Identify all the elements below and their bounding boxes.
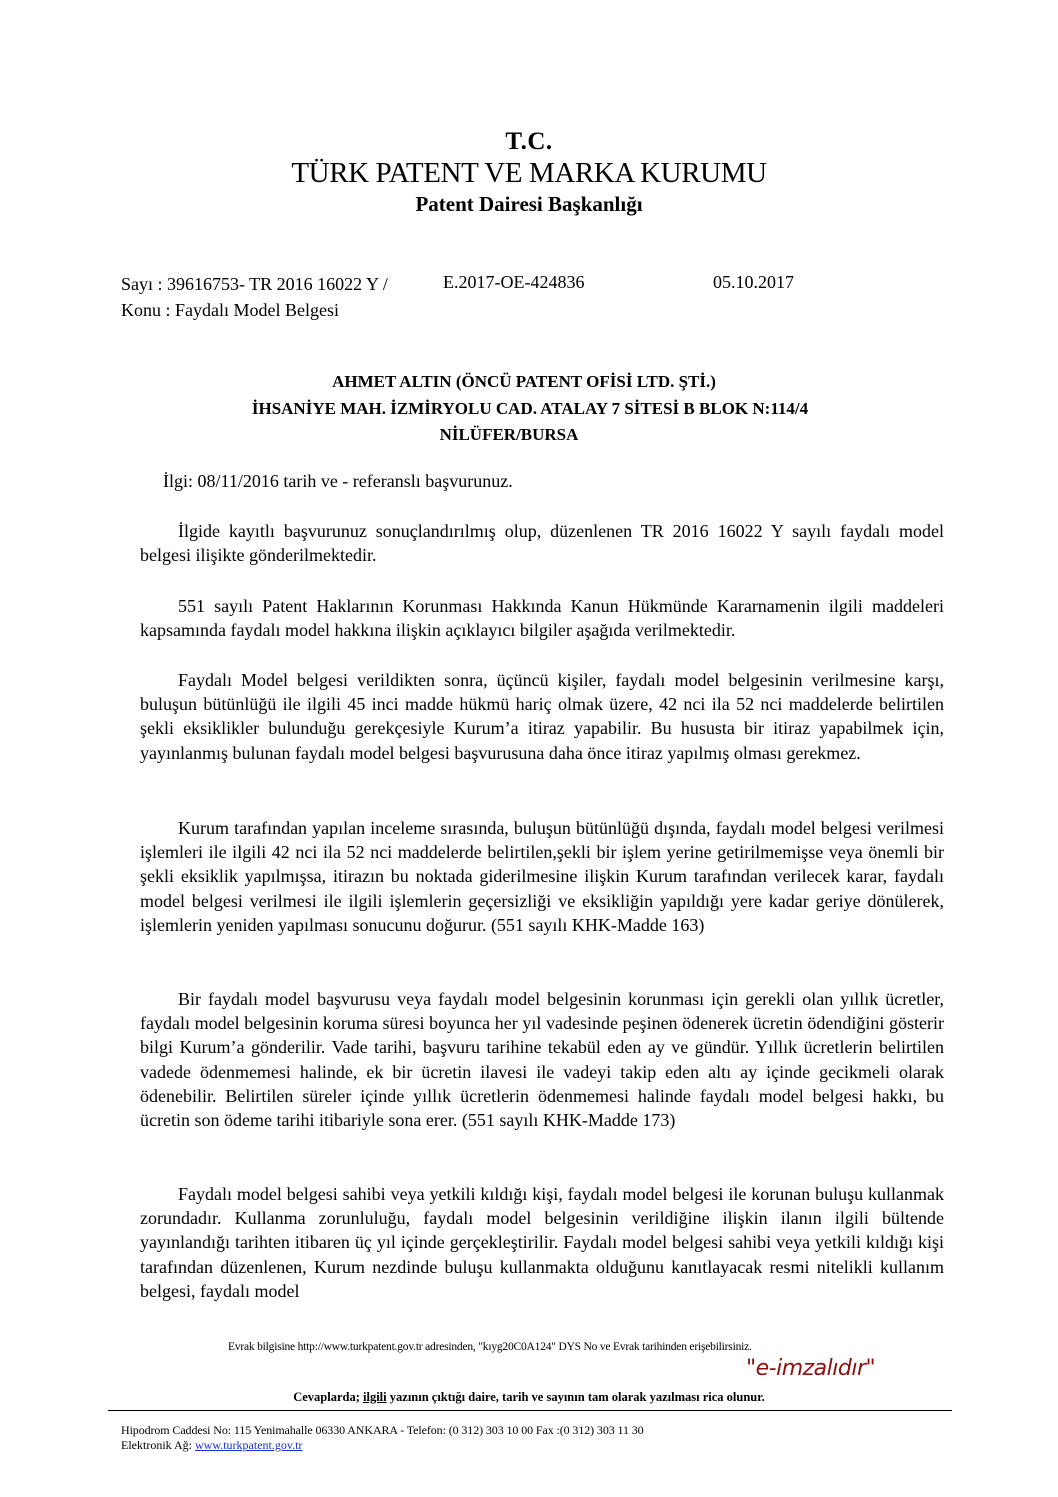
recipient-name: AHMET ALTIN (ÖNCÜ PATENT OFİSİ LTD. ŞTİ.… — [200, 372, 848, 392]
document-date: 05.10.2017 — [713, 272, 794, 293]
paragraph: İlgide kayıtlı başvurunuz sonuçlandırılm… — [140, 519, 944, 567]
document-subject: Konu : Faydalı Model Belgesi — [121, 300, 339, 321]
paragraph: Faydalı Model belgesi verildikten sonra,… — [140, 668, 944, 765]
paragraph: Kurum tarafından yapılan inceleme sırası… — [140, 816, 944, 937]
footer-network: Elektronik Ağ: www.turkpatent.gov.tr — [121, 1438, 302, 1453]
reply-note-prefix: Cevaplarda; — [293, 1390, 363, 1404]
reply-note-underlined: ilgili — [363, 1390, 387, 1404]
e-signature-stamp: "e-imzalıdır" — [746, 1356, 875, 1381]
footer-divider — [108, 1410, 952, 1411]
recipient-address: İHSANİYE MAH. İZMİRYOLU CAD. ATALAY 7 Sİ… — [120, 399, 940, 419]
reply-note-suffix: yazının çıktığı daire, tarih ve sayının … — [387, 1390, 765, 1404]
department-title: Patent Dairesi Başkanlığı — [0, 192, 1058, 217]
paragraph: Bir faydalı model başvurusu veya faydalı… — [140, 987, 944, 1132]
reply-note: Cevaplarda; ilgili yazının çıktığı daire… — [0, 1390, 1058, 1405]
organization-title: TÜRK PATENT VE MARKA KURUMU — [0, 157, 1058, 190]
evrak-info: Evrak bilgisine http://www.turkpatent.go… — [228, 1341, 752, 1353]
paragraph: Faydalı model belgesi sahibi veya yetkil… — [140, 1182, 944, 1303]
header-tc: T.C. — [0, 128, 1058, 156]
website-link[interactable]: www.turkpatent.gov.tr — [195, 1438, 302, 1452]
document-reference: E.2017-OE-424836 — [443, 272, 584, 293]
reference-line: İlgi: 08/11/2016 tarih ve - referanslı b… — [163, 471, 513, 492]
document-number: Sayı : 39616753- TR 2016 16022 Y / — [121, 274, 388, 295]
recipient-city: NİLÜFER/BURSA — [200, 425, 818, 445]
paragraph: 551 sayılı Patent Haklarının Korunması H… — [140, 594, 944, 642]
network-label: Elektronik Ağ: — [121, 1438, 195, 1452]
footer-address: Hipodrom Caddesi No: 115 Yenimahalle 063… — [121, 1423, 644, 1438]
